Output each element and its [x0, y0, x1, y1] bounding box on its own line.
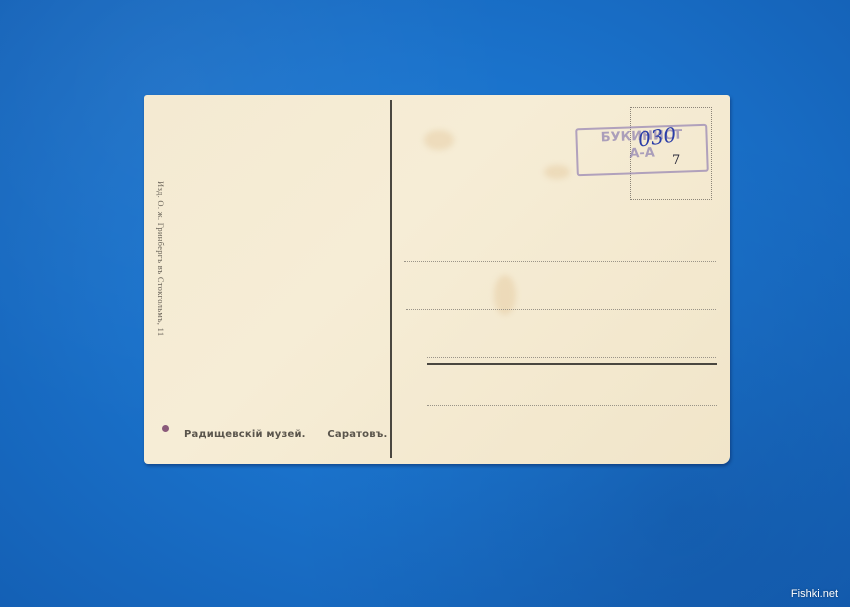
address-line-3	[427, 357, 716, 358]
caption-city: Саратовъ.	[327, 429, 387, 440]
watermark: Fishki.net	[791, 588, 838, 600]
address-line-1	[404, 261, 716, 262]
paper-stain	[424, 130, 454, 150]
address-underline	[427, 363, 717, 365]
postcard-caption: Радищевскій музей. Саратовъ.	[184, 429, 405, 440]
center-divider	[390, 100, 392, 458]
paper-stain	[544, 165, 570, 179]
publisher-text: Изд. О. ж. Гринбергъ въ Стокгольмъ, 11	[152, 181, 166, 351]
ink-dot	[162, 425, 169, 432]
postcard: Изд. О. ж. Гринбергъ въ Стокгольмъ, 11 Р…	[144, 95, 730, 464]
handwritten-digit: 7	[672, 153, 680, 168]
caption-place: Радищевскій музей.	[184, 429, 306, 440]
address-line-2	[406, 309, 716, 310]
address-line-4	[427, 405, 717, 406]
